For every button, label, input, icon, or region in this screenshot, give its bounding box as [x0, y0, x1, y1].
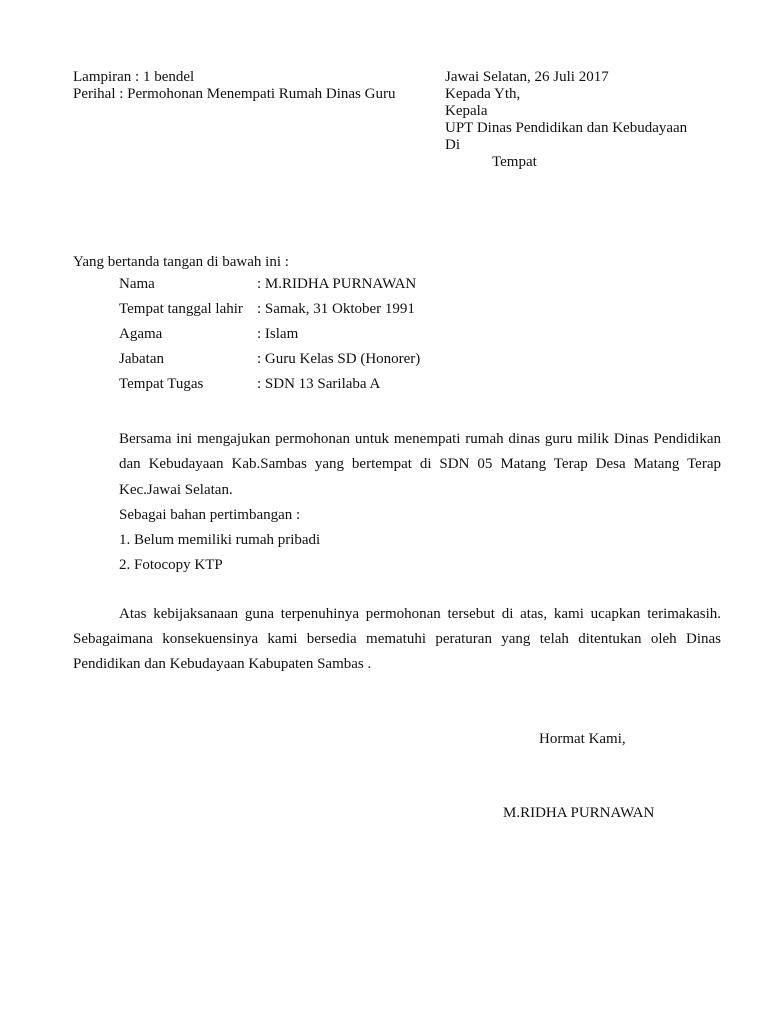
- field-value: : Samak, 31 Oktober 1991: [257, 301, 415, 326]
- recipient-di: Di: [445, 137, 687, 154]
- request-line: Kec.Jawai Selatan.: [119, 478, 721, 503]
- consideration-item: 1. Belum memiliki rumah pribadi: [119, 528, 721, 553]
- closing-paragraph: Atas kebijaksanaan guna terpenuhinya per…: [73, 602, 721, 677]
- field-row-birth: Tempat tanggal lahir : Samak, 31 Oktober…: [119, 301, 420, 326]
- recipient-salutation: Kepada Yth,: [445, 86, 687, 103]
- place-date: Jawai Selatan, 26 Juli 2017: [445, 69, 687, 86]
- letter-header-left: Lampiran : 1 bendel Perihal : Permohonan…: [73, 69, 395, 103]
- field-value: : M.RIDHA PURNAWAN: [257, 276, 416, 301]
- request-paragraph: Bersama ini mengajukan permohonan untuk …: [119, 427, 721, 579]
- closing-line: Pendidikan dan Kebudayaan Kabupaten Samb…: [73, 652, 721, 677]
- field-row-name: Nama : M.RIDHA PURNAWAN: [119, 276, 420, 301]
- considerations-title: Sebagai bahan pertimbangan :: [119, 503, 721, 528]
- intro-text: Yang bertanda tangan di bawah ini :: [73, 254, 289, 271]
- signatory-name: M.RIDHA PURNAWAN: [503, 805, 654, 822]
- field-label: Jabatan: [119, 351, 257, 376]
- field-value: : Guru Kelas SD (Honorer): [257, 351, 420, 376]
- field-row-workplace: Tempat Tugas : SDN 13 Sarilaba A: [119, 376, 420, 401]
- subject-line: Perihal : Permohonan Menempati Rumah Din…: [73, 86, 395, 103]
- field-value: : SDN 13 Sarilaba A: [257, 376, 380, 401]
- closing-salutation: Hormat Kami,: [539, 731, 626, 748]
- field-label: Tempat Tugas: [119, 376, 257, 401]
- attachment-line: Lampiran : 1 bendel: [73, 69, 395, 86]
- closing-line: Atas kebijaksanaan guna terpenuhinya per…: [73, 602, 721, 627]
- closing-line: Sebagaimana konsekuensinya kami bersedia…: [73, 627, 721, 652]
- letter-header-right: Jawai Selatan, 26 Juli 2017 Kepada Yth, …: [445, 69, 687, 171]
- recipient-title: Kepala: [445, 103, 687, 120]
- identity-fields: Nama : M.RIDHA PURNAWAN Tempat tanggal l…: [119, 276, 420, 401]
- field-label: Nama: [119, 276, 257, 301]
- field-row-religion: Agama : Islam: [119, 326, 420, 351]
- recipient-office: UPT Dinas Pendidikan dan Kebudayaan: [445, 120, 687, 137]
- field-value: : Islam: [257, 326, 298, 351]
- consideration-item: 2. Fotocopy KTP: [119, 553, 721, 578]
- request-line: Bersama ini mengajukan permohonan untuk …: [119, 427, 721, 452]
- field-label: Agama: [119, 326, 257, 351]
- request-line: dan Kebudayaan Kab.Sambas yang bertempat…: [119, 452, 721, 477]
- field-row-position: Jabatan : Guru Kelas SD (Honorer): [119, 351, 420, 376]
- recipient-place: Tempat: [445, 154, 687, 171]
- field-label: Tempat tanggal lahir: [119, 301, 257, 326]
